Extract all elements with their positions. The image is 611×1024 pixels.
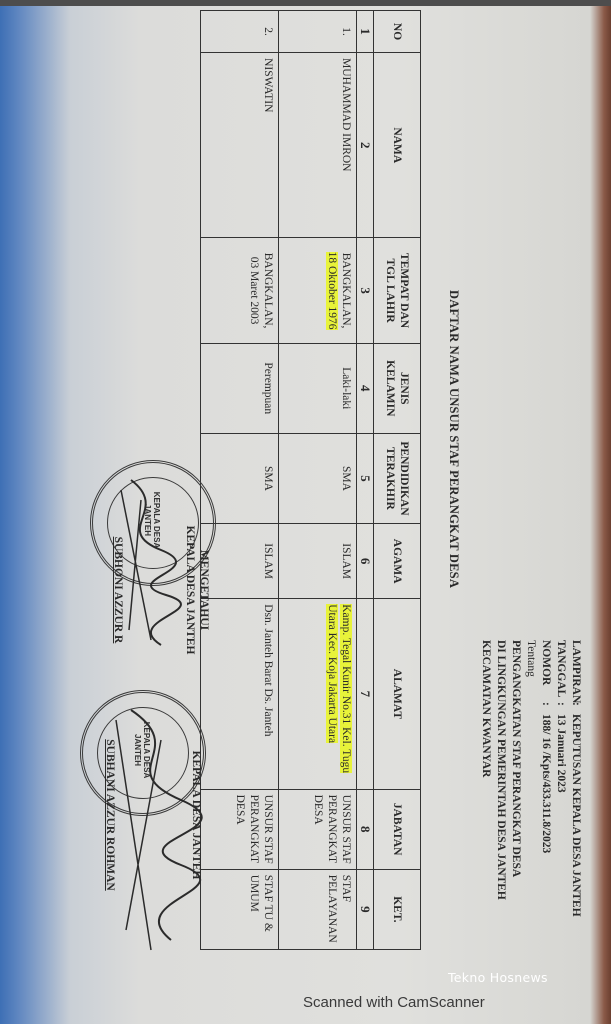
document-title: DAFTAR NAMA UNSUR STAF PERANGKAT DESA — [446, 290, 461, 588]
tentang-line: DI LINGKUNGAN PEMERINTAH DESA JANTEH — [493, 640, 508, 917]
lampiran-header: LAMPIRAN: KEPUTUSAN KEPALA DESA JANTEH T… — [478, 640, 583, 917]
cell-ttl: BANGKALAN, 03 Maret 2003 — [201, 238, 279, 343]
tentang-line: PENGANGKATAN STAF PERANGKAT DESA — [508, 640, 523, 917]
highlighted-address: Kamp. Tegal Kunir No.31 Kel. Tugu Utara … — [326, 604, 352, 773]
document-page: LAMPIRAN: KEPUTUSAN KEPALA DESA JANTEH T… — [51, 0, 611, 960]
cell-jk: Perempuan — [201, 343, 279, 433]
table-row: 2. NISWATIN BANGKALAN, 03 Maret 2003 Per… — [201, 11, 279, 950]
cell-agama: ISLAM — [279, 524, 357, 599]
col-header: TEMPAT DAN TGL LAHIR — [374, 238, 421, 343]
nomor-row: NOMOR: 188/ 16 /Kpts/433.311.8/2023 — [538, 640, 553, 917]
cell-alamat: Dsn. Janteh Barat Ds. Janteh — [201, 599, 279, 789]
cell-ttl: BANGKALAN, 18 Oktober 1976 — [279, 238, 357, 343]
signature-scribble — [91, 700, 211, 960]
col-header: PENDIDIKAN TERAKHIR — [374, 433, 421, 523]
col-header: ALAMAT — [374, 599, 421, 789]
cell-alamat: Kamp. Tegal Kunir No.31 Kel. Tugu Utara … — [279, 599, 357, 789]
cell-nama: NISWATIN — [201, 53, 279, 238]
scanner-label: Scanned with CamScanner — [303, 994, 485, 1011]
cell-jabatan: UNSUR STAF PERANGKAT DESA — [201, 789, 279, 869]
watermark-text: Tekno Hosnews — [448, 970, 548, 985]
highlighted-date: 18 Oktober 1976 — [326, 252, 338, 330]
cell-no: 2. — [201, 11, 279, 53]
cell-jabatan: UNSUR STAF PERANGKAT DESA — [279, 789, 357, 869]
cell-no: 1. — [279, 11, 357, 53]
cell-jk: Laki-laki — [279, 343, 357, 433]
col-header: AGAMA — [374, 524, 421, 599]
cell-ket: STAF TU & UMUM — [201, 869, 279, 949]
table-header-row: NO NAMA TEMPAT DAN TGL LAHIR JENIS KELAM… — [374, 11, 421, 950]
col-header: JENIS KELAMIN — [374, 343, 421, 433]
col-header: NAMA — [374, 53, 421, 238]
signature-scribble — [101, 470, 191, 660]
cell-ket: STAF PELAYANAN — [279, 869, 357, 949]
cell-nama: MUHAMMAD IMRON — [279, 53, 357, 238]
tanggal-row: TANGGAL: 13 Januari 2023 — [553, 640, 568, 917]
col-header: KET. — [374, 869, 421, 949]
lampiran-row: LAMPIRAN: KEPUTUSAN KEPALA DESA JANTEH — [568, 640, 583, 917]
tentang-line: KECAMATAN KWANYAR — [478, 640, 493, 917]
column-number-row: 1 2 3 4 5 6 7 8 9 — [357, 11, 374, 950]
col-header: NO — [374, 11, 421, 53]
tentang-label: Tentang — [523, 640, 538, 917]
col-header: JABATAN — [374, 789, 421, 869]
cell-pendidikan: SMA — [279, 433, 357, 523]
staff-table: NO NAMA TEMPAT DAN TGL LAHIR JENIS KELAM… — [200, 10, 421, 950]
table-row: 1. MUHAMMAD IMRON BANGKALAN, 18 Oktober … — [279, 11, 357, 950]
